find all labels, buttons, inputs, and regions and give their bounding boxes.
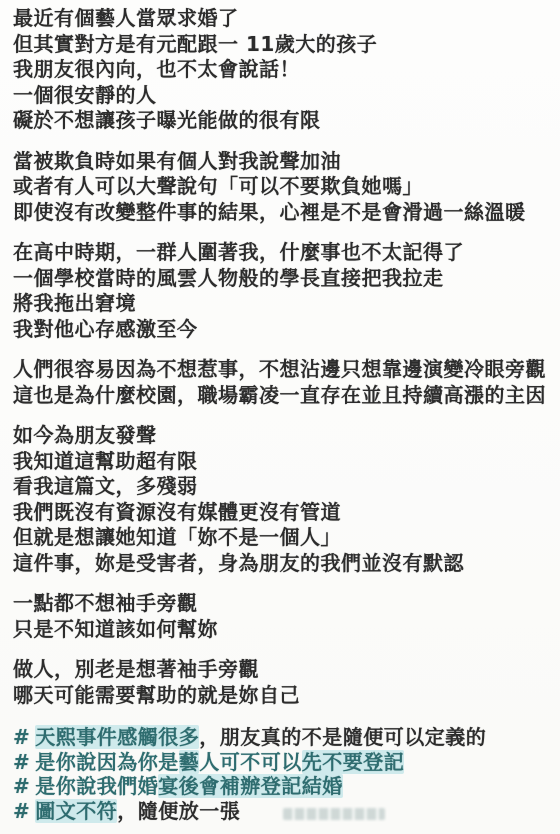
text-line: 當被欺負時如果有個人對我說聲加油 (13, 149, 552, 175)
hashtag-text[interactable]: 天熙事件感觸很多 (35, 725, 199, 749)
text-line: 在高中時期，一群人圍著我，什麼事也不太記得了 (13, 240, 552, 266)
hashtag-plain-text: ，隨便放一張 (117, 799, 240, 823)
text-line: 哪天可能需要幫助的就是妳自己 (13, 683, 552, 709)
watermark (283, 808, 385, 820)
paragraph-4: 人們很容易因為不想惹事，不想沾邊只想靠邊演變冷眼旁觀 這也是為什麼校園，職場霸凌… (13, 357, 552, 408)
text-line: 看我這篇文，多殘弱 (13, 474, 552, 500)
hash-symbol[interactable]: # (13, 799, 30, 823)
hash-symbol[interactable]: # (13, 750, 30, 774)
hashtag-line-3[interactable]: #是你說我們婚宴後會補辦登記結婚 (13, 774, 552, 799)
text-line: 我朋友很內向，也不太會說話！ (13, 57, 552, 83)
text-line: 這件事，妳是受害者，身為朋友的我們並沒有默認 (13, 551, 552, 577)
hashtag-text[interactable]: 人可不可以 (199, 750, 302, 774)
text-line: 如今為朋友發聲 (13, 423, 552, 449)
hashtag-text[interactable]: 先不要登記 (302, 750, 405, 774)
hashtag-text[interactable]: 圖文不符 (35, 799, 117, 823)
text-line: 一個學校當時的風雲人物般的學長直接把我拉走 (13, 266, 552, 292)
text-line: 即使沒有改變整件事的結果，心裡是不是會滑過一絲溫暖 (13, 200, 552, 226)
hashtag-text[interactable]: 是你說我們婚 (35, 774, 158, 798)
hash-symbol[interactable]: # (13, 774, 30, 798)
paragraph-5: 如今為朋友發聲 我知道這幫助超有限 看我這篇文，多殘弱 我們既沒有資源沒有媒體更… (13, 423, 552, 576)
text-line: 一點都不想袖手旁觀 (13, 591, 552, 617)
text-line: 或者有人可以大聲說句「可以不要欺負她嗎」 (13, 174, 552, 200)
text-line: 人們很容易因為不想惹事，不想沾邊只想靠邊演變冷眼旁觀 (13, 357, 552, 383)
hashtag-plain-text: ，朋友真的不是隨便可以定義的 (199, 725, 486, 749)
post-text-screenshot: 最近有個藝人當眾求婚了 但其實對方是有元配跟一 11歲大的孩子 我朋友很內向，也… (0, 0, 560, 823)
hashtag-text[interactable]: 藝 (179, 750, 200, 774)
text-line: 但就是想讓她知道「妳不是一個人」 (13, 525, 552, 551)
paragraph-3: 在高中時期，一群人圍著我，什麼事也不太記得了 一個學校當時的風雲人物般的學長直接… (13, 240, 552, 342)
text-line: 我對他心存感激至今 (13, 317, 552, 343)
text-line: 做人，別老是想著袖手旁觀 (13, 657, 552, 683)
text-line: 這也是為什麼校園，職場霸凌一直存在並且持續高漲的主因 (13, 383, 552, 409)
paragraph-7: 做人，別老是想著袖手旁觀 哪天可能需要幫助的就是妳自己 (13, 657, 552, 708)
text-line: 最近有個藝人當眾求婚了 (13, 6, 552, 32)
hashtag-text[interactable]: 宴後會補辦登記結婚 (158, 774, 343, 798)
hashtag-text[interactable]: 是你說因為你是 (35, 750, 179, 774)
hash-symbol[interactable]: # (13, 725, 30, 749)
text-line: 但其實對方是有元配跟一 11歲大的孩子 (13, 32, 552, 58)
paragraph-2: 當被欺負時如果有個人對我說聲加油 或者有人可以大聲說句「可以不要欺負她嗎」 即使… (13, 149, 552, 226)
paragraph-6: 一點都不想袖手旁觀 只是不知道該如何幫妳 (13, 591, 552, 642)
text-line: 我知道這幫助超有限 (13, 449, 552, 475)
hashtag-line-1[interactable]: #天熙事件感觸很多，朋友真的不是隨便可以定義的 (13, 725, 552, 750)
text-line: 將我拖出窘境 (13, 291, 552, 317)
text-line: 一個很安靜的人 (13, 83, 552, 109)
text-line: 只是不知道該如何幫妳 (13, 617, 552, 643)
text-line: 礙於不想讓孩子曝光能做的很有限 (13, 108, 552, 134)
hashtag-line-2[interactable]: #是你說因為你是藝人可不可以先不要登記 (13, 750, 552, 775)
paragraph-1: 最近有個藝人當眾求婚了 但其實對方是有元配跟一 11歲大的孩子 我朋友很內向，也… (13, 6, 552, 134)
text-line: 我們既沒有資源沒有媒體更沒有管道 (13, 500, 552, 526)
